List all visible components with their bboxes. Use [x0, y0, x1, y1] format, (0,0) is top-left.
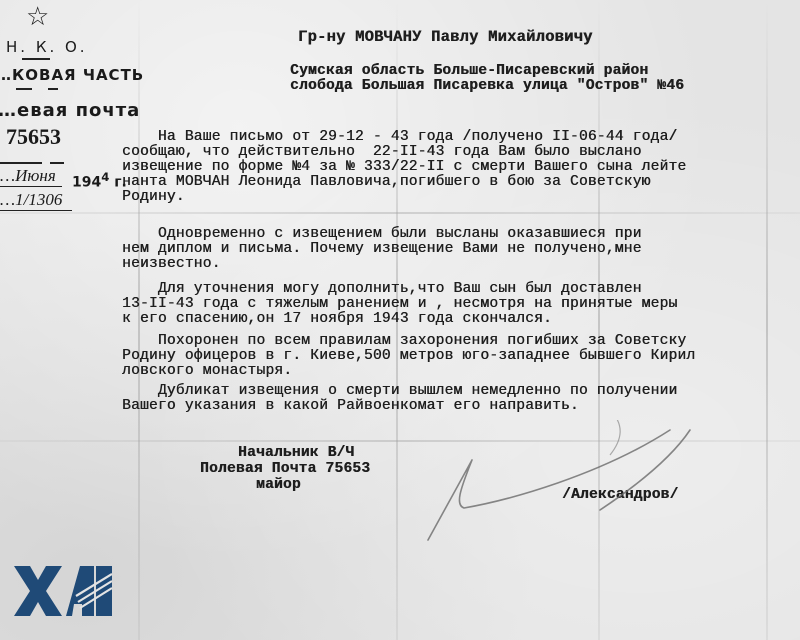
xai-logo: [14, 566, 112, 618]
body-line: Дубликат извещения о смерти вышлем немед…: [122, 384, 677, 399]
divider: [50, 162, 64, 164]
signatory-rank: майор: [256, 478, 301, 493]
body-line: нанта МОВЧАН Леонида Павловича,погибшего…: [122, 175, 651, 190]
year-handwritten-digit: 4: [101, 170, 109, 184]
body-line: На Ваше письмо от 29-12 - 43 года /получ…: [122, 130, 677, 145]
star-icon: ☆: [26, 4, 49, 30]
body-line: Похоронен по всем правилам захоронения п…: [122, 334, 686, 349]
handwritten-date: …Июня: [0, 166, 62, 187]
body-line: Вашего указания в какой Райвоенкомат его…: [122, 399, 579, 414]
fold-crease: [766, 0, 768, 640]
recipient-address-line-2: слобода Большая Писаревка улица "Остров"…: [290, 79, 684, 94]
divider: [22, 58, 50, 60]
unit-label: …КОВАЯ ЧАСТЬ: [0, 66, 144, 84]
body-line: нем диплом и письма. Почему извещение Ва…: [122, 242, 642, 257]
divider: [0, 162, 42, 164]
body-line: Для уточнения могу дополнить,что Ваш сын…: [122, 282, 642, 297]
signatory-title: Начальник В/Ч: [238, 446, 354, 461]
stamp-year: 1944 г.: [72, 170, 127, 191]
body-line: сообщаю, что действительно 22-II-43 года…: [122, 145, 642, 160]
year-printed: 194: [72, 175, 101, 191]
fold-crease: [0, 212, 800, 214]
fold-crease: [598, 0, 600, 640]
divider: [48, 88, 58, 90]
body-line: Родину.: [122, 190, 185, 205]
recipient-name: Гр-ну МОВЧАНУ Павлу Михайловичу: [298, 30, 593, 45]
handwritten-outgoing-number: …1/1306: [0, 190, 72, 211]
body-line: к его спасению,он 17 ноября 1943 года ск…: [122, 312, 552, 327]
body-line: неизвестно.: [122, 257, 221, 272]
field-post-label: …евая почта: [0, 100, 140, 121]
signatory-name: /Александров/: [562, 488, 678, 503]
body-line: Родину офицеров в г. Киеве,500 метров юг…: [122, 349, 695, 364]
fold-crease: [0, 440, 800, 442]
body-line: ловского монастыря.: [122, 364, 292, 379]
recipient-address-line-1: Сумская область Больше-Писаревский район: [290, 64, 648, 79]
field-post-number: 75653: [6, 124, 61, 150]
body-line: извещение по форме №4 за № 333/22-II с с…: [122, 160, 686, 175]
divider: [16, 88, 32, 90]
signatory-unit: Полевая Почта 75653: [200, 462, 370, 477]
body-line: Одновременно с извещением были высланы о…: [122, 227, 642, 242]
scanned-document: ☆ Н. К. О. …КОВАЯ ЧАСТЬ …евая почта 7565…: [0, 0, 800, 640]
org-abbreviation: Н. К. О.: [6, 38, 88, 56]
body-line: 13-II-43 года с тяжелым ранением и , нес…: [122, 297, 677, 312]
